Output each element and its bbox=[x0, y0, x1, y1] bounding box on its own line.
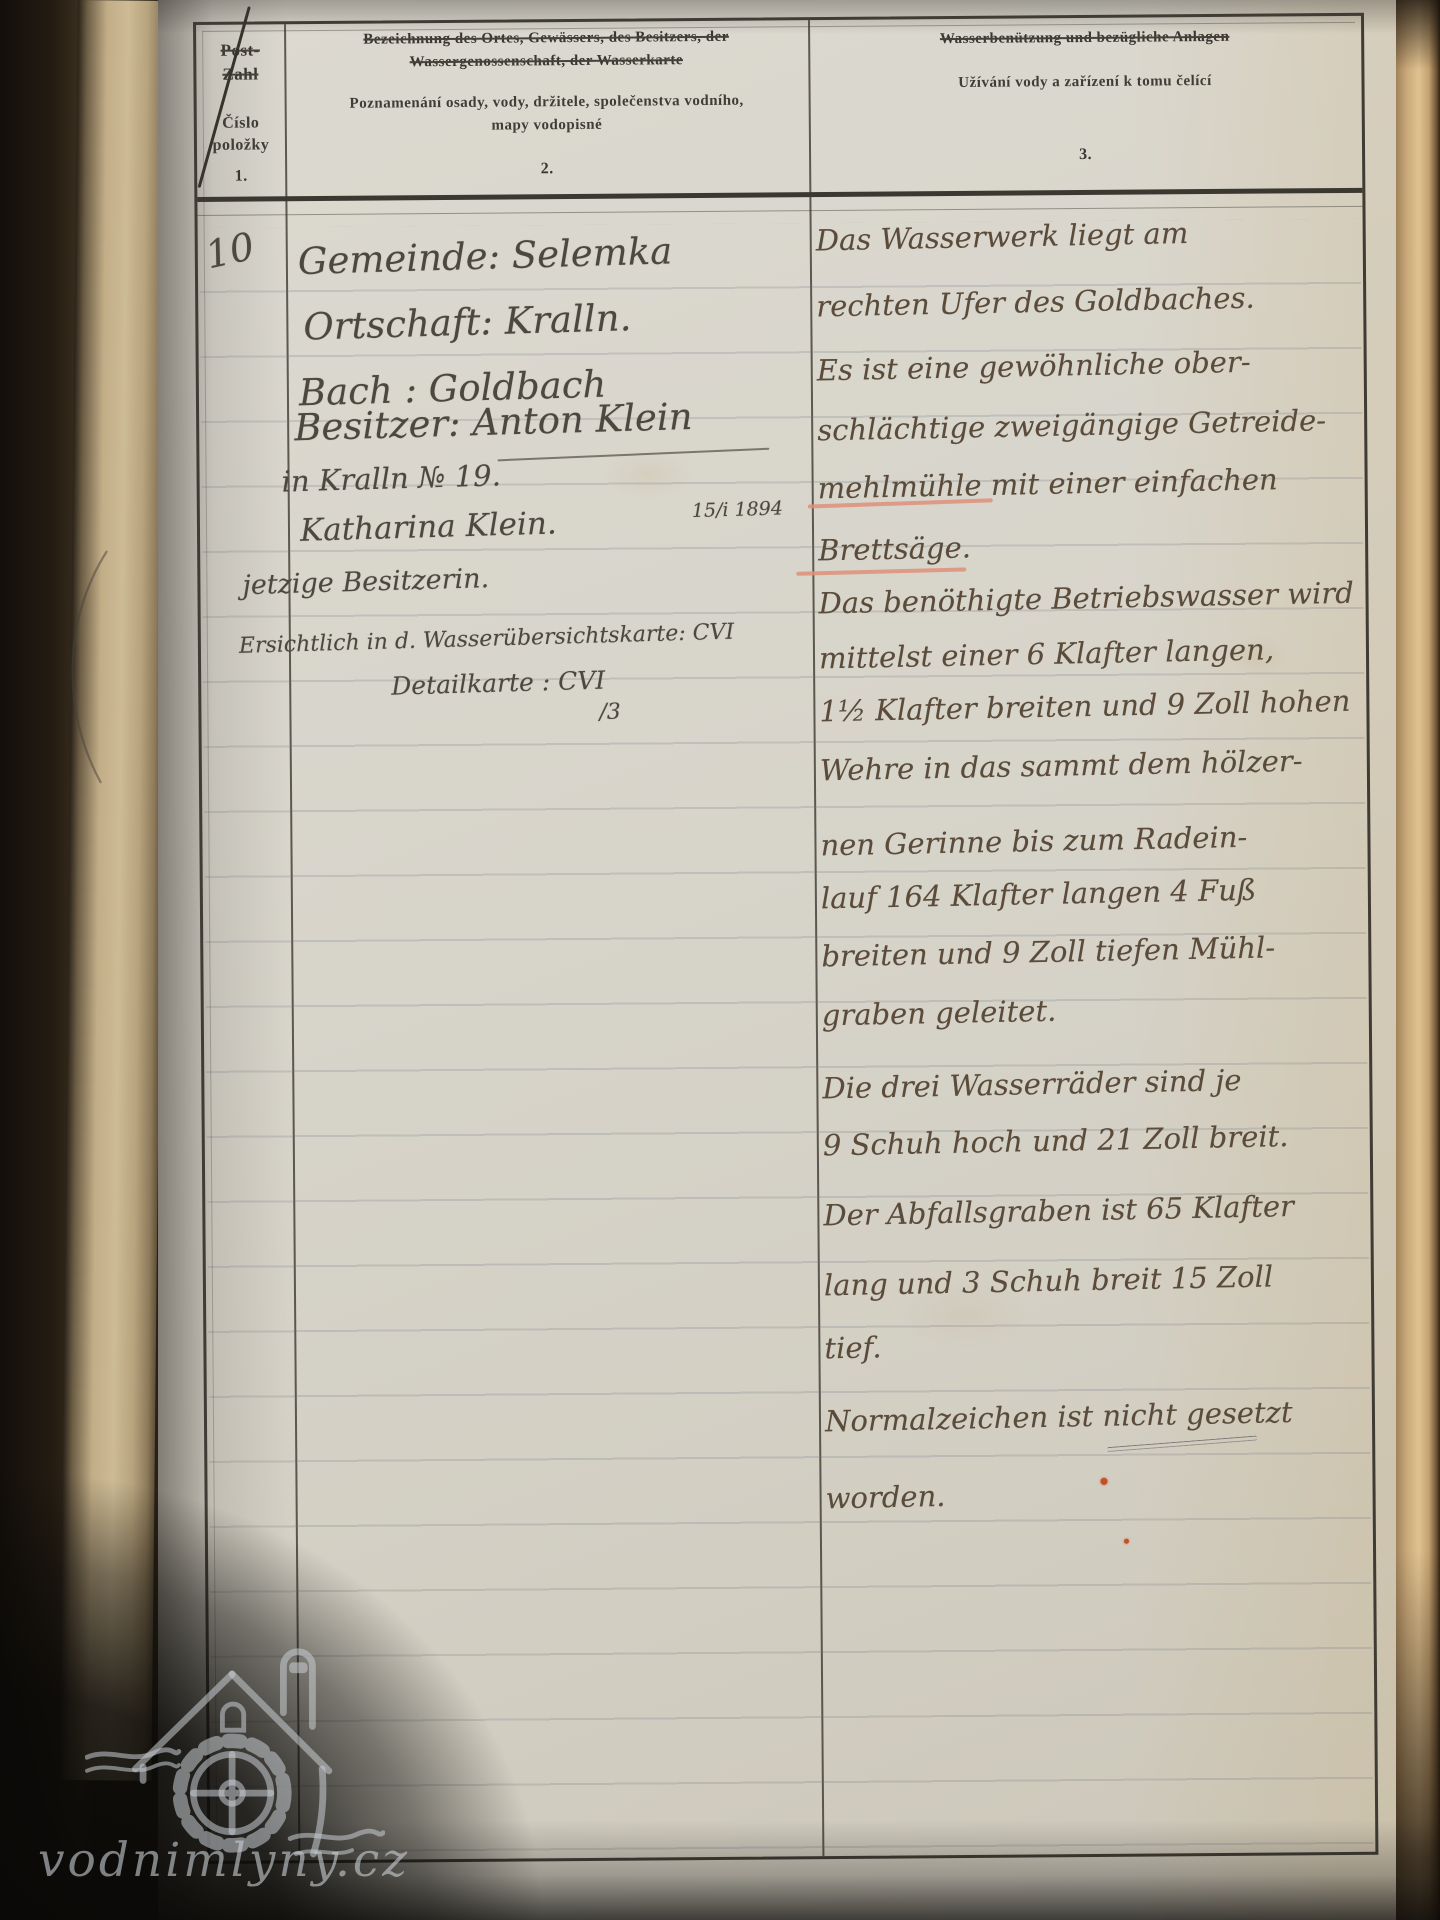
header-col1-german-line2: Zahl bbox=[196, 64, 284, 85]
margin-pencil-stroke bbox=[55, 545, 117, 790]
owner-date: 15/i 1894 bbox=[692, 497, 784, 522]
header-col2-german-line2: Wassergenossenschaft, der Wasserkarte bbox=[288, 51, 804, 72]
map-detail-line: Detailkarte : CVI bbox=[391, 666, 606, 701]
header-col2-czech-line1: Poznamenání osady, vody, držitele, spole… bbox=[289, 92, 805, 113]
register-table: Post- Zahl Číslo položky 1. Bezeichnung … bbox=[193, 13, 1378, 1864]
header-bottom-rule bbox=[197, 188, 1362, 202]
owner-name: Katharina Klein. bbox=[300, 505, 558, 548]
header-col3-german-line1: Wasserbenützung und bezügliche Anlagen bbox=[812, 28, 1357, 49]
header-col2-german-line1: Bezeichnung des Ortes, Gewässers, des Be… bbox=[288, 28, 804, 49]
header-col1-czech-line1: Číslo bbox=[197, 114, 285, 133]
header-col2-czech-line2: mapy vodopisné bbox=[289, 115, 805, 136]
page-stack-edge-left bbox=[59, 0, 170, 1781]
map-detail-fraction: /3 bbox=[599, 699, 621, 725]
watermark-text: vodnimlyny.cz bbox=[38, 1833, 410, 1888]
photo-background: Post- Zahl Číslo položky 1. Bezeichnung … bbox=[0, 0, 1440, 1920]
slash-mark bbox=[198, 6, 251, 188]
red-dot bbox=[1100, 1478, 1107, 1485]
entry-line-address: in Kralln № 19. bbox=[281, 458, 501, 498]
header-col1-number: 1. bbox=[197, 167, 285, 186]
header-col2-number: 2. bbox=[289, 158, 805, 180]
page-stack-edge-right bbox=[1396, 0, 1440, 1920]
red-dot bbox=[1124, 1539, 1129, 1544]
header-col3-number: 3. bbox=[813, 144, 1358, 166]
header-bottom-rule-thin bbox=[198, 206, 1363, 216]
header-col3-czech-line1: Užívání vody a zařízení k tomu čelící bbox=[812, 72, 1357, 93]
